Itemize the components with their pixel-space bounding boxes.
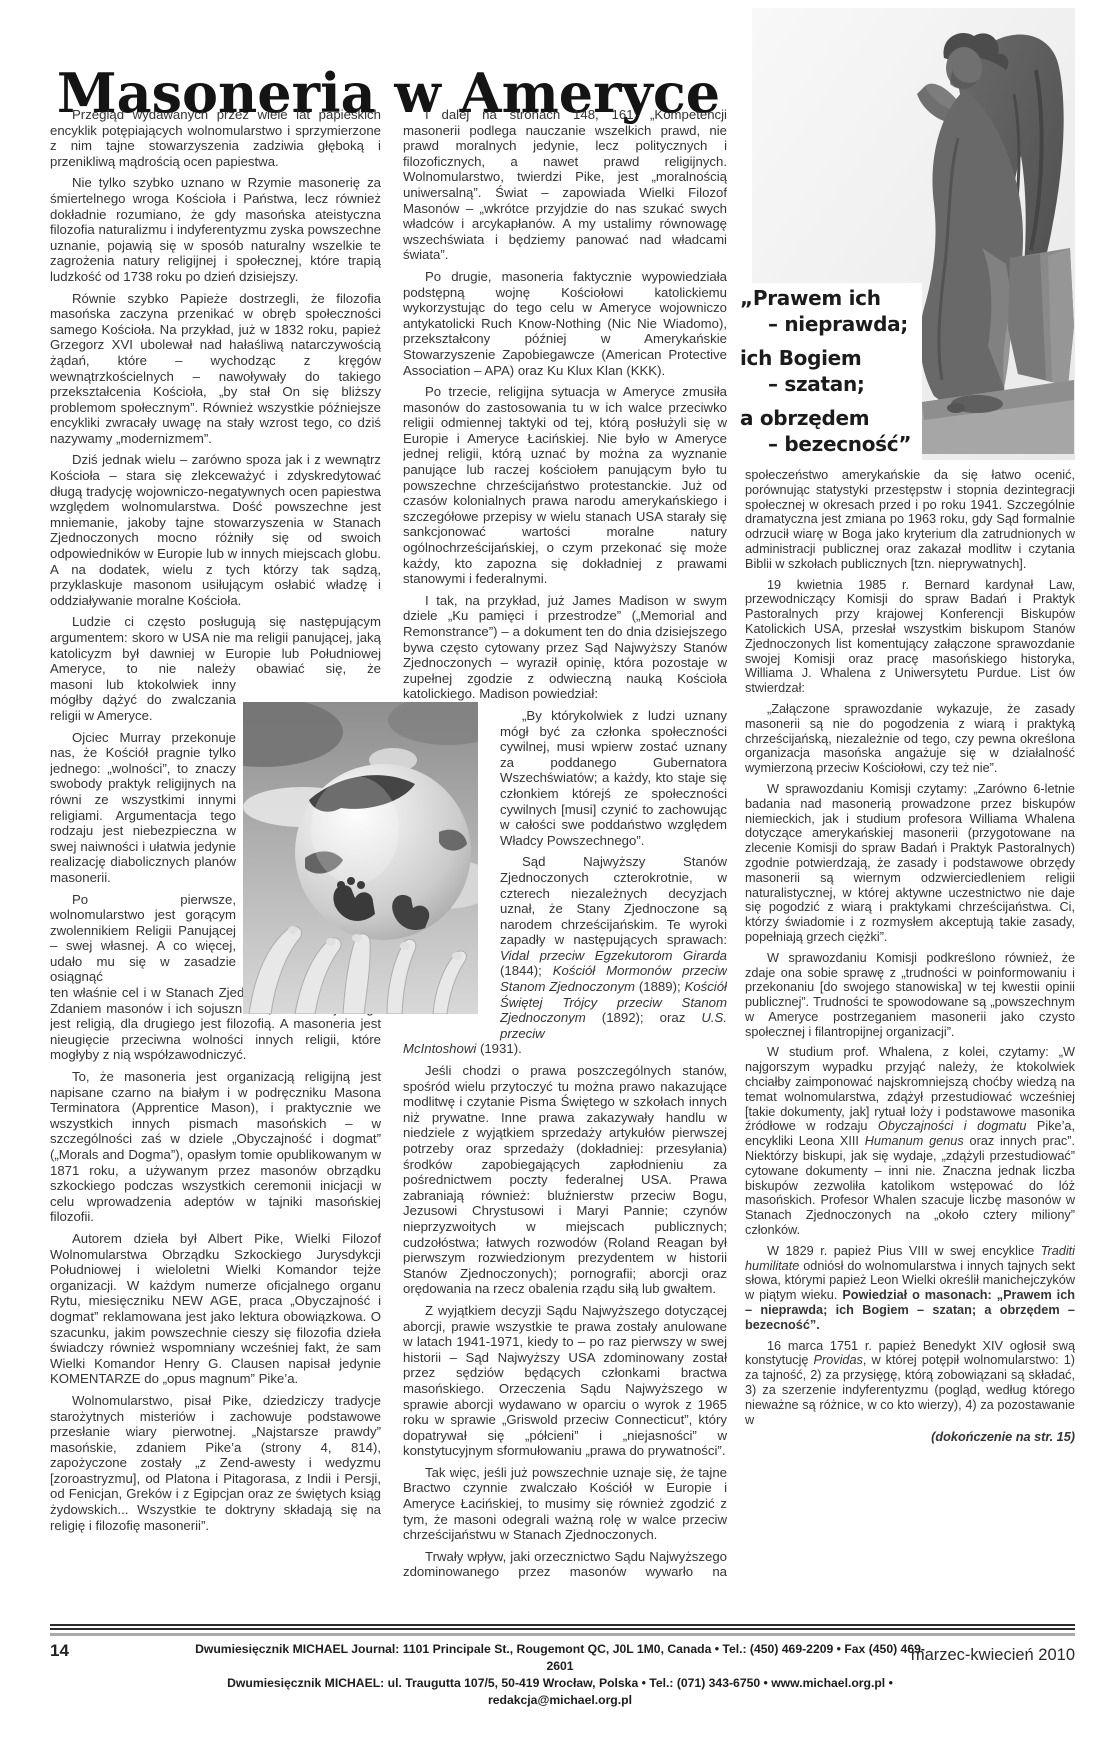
- footer-rule: [50, 1624, 1075, 1636]
- hands-globe-illustration: [243, 702, 478, 1014]
- paragraph: 16 marca 1751 r. papież Benedykt XIV ogł…: [745, 1339, 1075, 1428]
- text-column-3: społeczeństwo amerykańskie da się łatwo …: [745, 468, 1075, 1620]
- paragraph: masoni lub ktokolwiek inny mógłby dążyć …: [50, 677, 236, 724]
- footer-address-line1: Dwumiesięcznik MICHAEL Journal: 1101 Pri…: [190, 1641, 930, 1675]
- paragraph: Wolnomularstwo, pisał Pike, dziedziczy t…: [50, 1393, 381, 1533]
- paragraph: Ludzie ci często posługują się następują…: [50, 614, 381, 676]
- paragraph: W studium prof. Whalena, z kolei, czytam…: [745, 1045, 1075, 1237]
- paragraph: Sąd Najwyższy Stanów Zjednoczonych czter…: [500, 854, 727, 1041]
- quote-line: – szatan;: [740, 371, 918, 397]
- paragraph: W sprawozdaniu Komisji czytamy: „Zarówno…: [745, 782, 1075, 945]
- paragraph: To, że masoneria jest organizacją religi…: [50, 1069, 381, 1225]
- issue-date: marzec-kwiecień 2010: [911, 1646, 1075, 1665]
- footer-address-line2: Dwumiesięcznik MICHAEL: ul. Traugutta 10…: [190, 1675, 930, 1709]
- paragraph: W 1829 r. papież Pius VIII w swej encykl…: [745, 1244, 1075, 1333]
- paragraph: Po drugie, masoneria faktycznie wypowied…: [403, 269, 727, 378]
- quote-line: „Prawem ich: [740, 285, 918, 311]
- paragraph: Dziś jednak wielu – zarówno spoza jak i …: [50, 452, 381, 608]
- paragraph: Trwały wpływ, jaki orzecznictwo Sądu Naj…: [403, 1549, 727, 1580]
- quote-line: a obrzędem: [740, 405, 918, 431]
- paragraph: McIntoshowi (1931).: [403, 1041, 727, 1057]
- paragraph: 19 kwietnia 1985 r. Bernard kardynał Law…: [745, 578, 1075, 696]
- paragraph: Po pierwsze, wolnomularstwo jest gorącym…: [50, 892, 236, 986]
- rule-line: [50, 1624, 1075, 1626]
- paragraph: „Załączone sprawozdanie wykazuje, że zas…: [745, 702, 1075, 776]
- paragraph: (dokończenie na str. 15): [745, 1430, 1075, 1445]
- paragraph: Przegląd wydawanych przez wiele lat papi…: [50, 107, 381, 169]
- pull-quote: „Prawem ich– nieprawda;ich Bogiem– szata…: [738, 283, 922, 465]
- paragraph: Nie tylko szybko uznano w Rzymie masoner…: [50, 175, 381, 284]
- quote-line: – bezecność”: [740, 431, 918, 457]
- paragraph: Po trzecie, religijna sytuacja w Ameryce…: [403, 384, 727, 587]
- rule-line: [50, 1633, 1075, 1636]
- paragraph: W sprawozdaniu Komisji podkreślono równi…: [745, 951, 1075, 1040]
- paragraph: społeczeństwo amerykańskie da się łatwo …: [745, 468, 1075, 572]
- footer-address: Dwumiesięcznik MICHAEL Journal: 1101 Pri…: [190, 1641, 930, 1709]
- paragraph: Jeśli chodzi o prawa poszczególnych stan…: [403, 1063, 727, 1297]
- paragraph: Z wyjątkiem decyzji Sądu Najwyższego dot…: [403, 1303, 727, 1459]
- paragraph: Ojciec Murray przekonuje nas, że Kościół…: [50, 730, 236, 886]
- rule-line: [50, 1628, 1075, 1630]
- paragraph: Autorem dzieła był Albert Pike, Wielki F…: [50, 1231, 381, 1387]
- quote-line: – nieprawda;: [740, 311, 918, 337]
- quote-line: ich Bogiem: [740, 345, 918, 371]
- page-number: 14: [50, 1641, 69, 1661]
- paragraph: I tak, na przykład, już James Madison w …: [403, 593, 727, 702]
- hands-holding-globe-photo: [243, 702, 478, 1014]
- paragraph: I dalej na stronach 148, 161: „Kompetenc…: [403, 107, 727, 263]
- paragraph: „By którykolwiek z ludzi uznany mógł być…: [500, 708, 727, 848]
- paragraph: Równie szybko Papieże dostrzegli, że fil…: [50, 291, 381, 447]
- paragraph: Tak więc, jeśli już powszechnie uznaje s…: [403, 1465, 727, 1543]
